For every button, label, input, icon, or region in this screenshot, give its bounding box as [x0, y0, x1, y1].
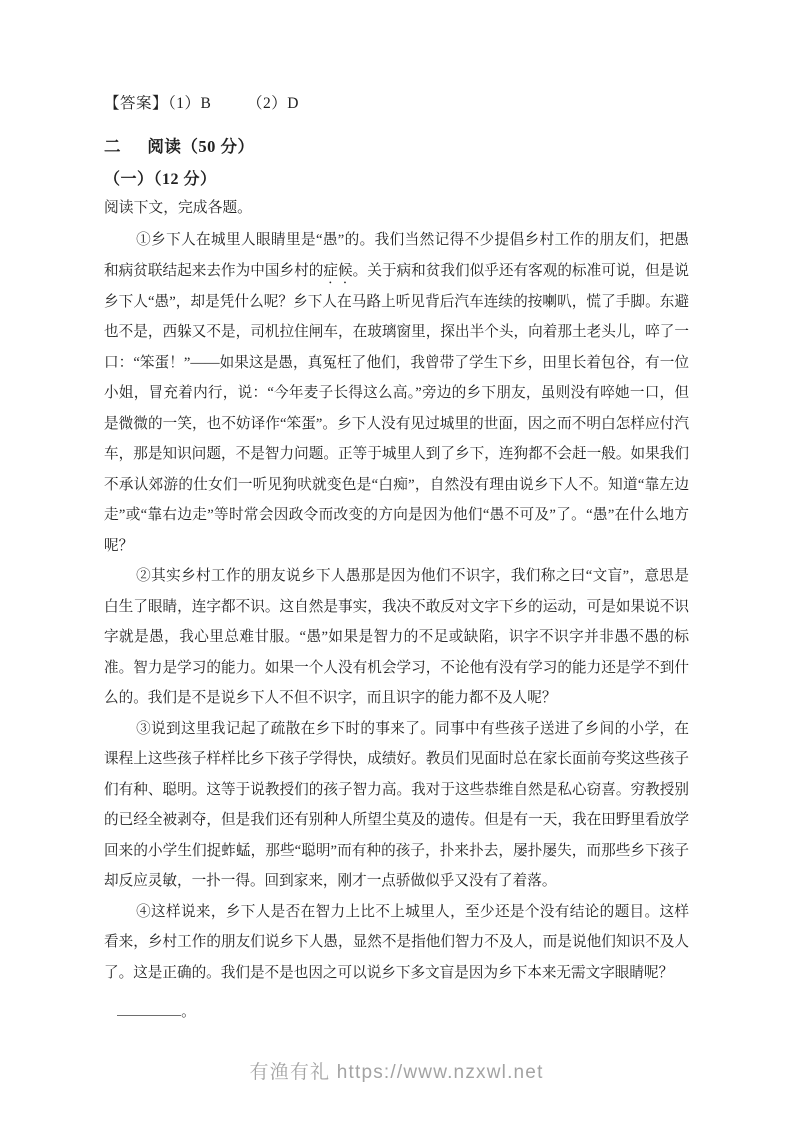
intro-line: 阅读下文，完成各题。 — [104, 197, 689, 220]
watermark-site-url: https://www.nzxwl.net — [337, 1062, 544, 1083]
answer-line: 【答案】（1）B（2）D — [104, 93, 689, 115]
watermark-site-name: 有渔有礼 — [249, 1062, 330, 1083]
answer-blank-row: 。 — [117, 997, 689, 1027]
watermark-footer: 有渔有礼 https://www.nzxwl.net — [0, 1057, 793, 1084]
paragraph-1-text-cont: 。关于病和贫我们似乎还有客观的标准可说，但是说乡下人“愚”，却是凭什么呢？乡下人… — [104, 263, 689, 554]
answer-blank-underline — [117, 1003, 181, 1016]
subsection-heading: （一）（12 分） — [104, 168, 689, 191]
section-heading: 二阅读（50 分） — [104, 135, 689, 158]
answer-item-2: （2）D — [247, 95, 299, 112]
answer-label: 【答案】 — [104, 95, 168, 112]
emphasized-term: 症候 — [323, 263, 352, 279]
paragraph-2: ②其实乡村工作的朋友说乡下人愚那是因为他们不识字，我们称之曰“文盲”，意思是白生… — [104, 561, 689, 714]
reading-passage: ①乡下人在城里人眼睛里是“愚”的。我们当然记得不少提倡乡村工作的朋友们，把愚和病… — [104, 225, 689, 988]
blank-period: 。 — [181, 1004, 196, 1020]
paragraph-4: ④这样说来，乡下人是否在智力上比不上城里人，至少还是个没有结论的题目。这样看来，… — [104, 897, 689, 989]
paragraph-1: ①乡下人在城里人眼睛里是“愚”的。我们当然记得不少提倡乡村工作的朋友们，把愚和病… — [104, 225, 689, 561]
document-page: 【答案】（1）B（2）D 二阅读（50 分） （一）（12 分） 阅读下文，完成… — [0, 0, 793, 1122]
document-content: 【答案】（1）B（2）D 二阅读（50 分） （一）（12 分） 阅读下文，完成… — [104, 93, 689, 1027]
answer-item-1: （1）B — [168, 95, 211, 112]
section-number: 二 — [104, 137, 121, 156]
paragraph-3: ③说到这里我记起了疏散在乡下时的事来了。同事中有些孩子送进了乡间的小学，在课程上… — [104, 714, 689, 897]
section-title: 阅读（50 分） — [147, 137, 254, 156]
